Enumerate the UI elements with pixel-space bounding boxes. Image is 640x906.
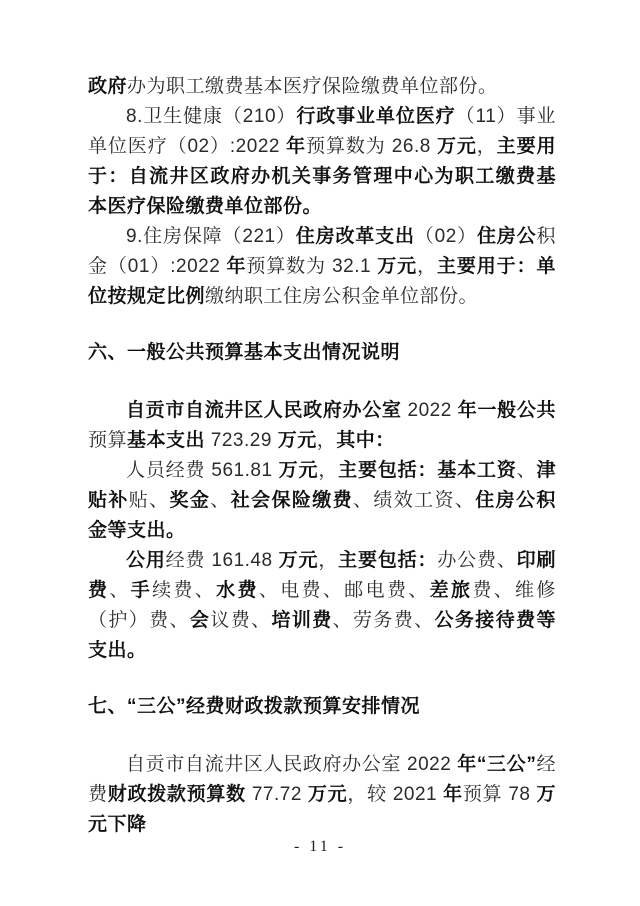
text-run: 自贡市自流井区人民政府办公室 2022 bbox=[126, 754, 457, 775]
text-run: 自流井区政府办机关事务管理中心为职工缴费基本医疗保险缴费单位部份。 bbox=[88, 166, 556, 217]
text-run: 预算数为 32.1 bbox=[246, 256, 377, 277]
text-run: 、绩效工资、 bbox=[353, 490, 475, 511]
text-run: 预算数为 26.8 bbox=[306, 136, 437, 157]
text-run: 续费、 bbox=[152, 580, 216, 601]
section-heading: 六、一般公共预算基本支出情况说明 bbox=[88, 338, 556, 368]
text-run: 办公费、 bbox=[437, 550, 516, 571]
text-run: 六、一般公共预算基本支出情况说明 bbox=[88, 342, 400, 363]
text-run: 9.住房保障（221） bbox=[126, 226, 296, 247]
text-run: 8.卫生健康（210） bbox=[126, 106, 296, 127]
text-run: 2022 bbox=[408, 400, 458, 421]
text-run: 主要包括： bbox=[338, 550, 437, 571]
paragraph: 人员经费 561.81 万元，主要包括：基本工资、津贴补贴、奖金、社会保险缴费、… bbox=[88, 456, 556, 546]
text-run: ，较 2021 bbox=[347, 784, 443, 805]
text-run: 预算 78 bbox=[463, 784, 537, 805]
text-run: 、电费、邮电费、 bbox=[259, 580, 430, 601]
text-run: 财政拨款预算数 bbox=[108, 784, 252, 805]
text-run: 培训费 bbox=[271, 610, 332, 631]
document-body: 政府办为职工缴费基本医疗保险缴费单位部份。8.卫生健康（210）行政事业单位医疗… bbox=[88, 72, 556, 840]
text-run: 、劳务费、 bbox=[333, 610, 435, 631]
text-run: 贴、 bbox=[129, 490, 170, 511]
text-run: ， bbox=[318, 460, 338, 481]
text-run: 年 bbox=[443, 784, 463, 805]
text-run: 社会保险缴费 bbox=[231, 490, 353, 511]
text-run: 主要包括： bbox=[338, 460, 437, 481]
text-run: 年 bbox=[286, 136, 306, 157]
text-run: 、 bbox=[517, 460, 537, 481]
text-run: 议费、 bbox=[210, 610, 271, 631]
text-run: 、 bbox=[109, 580, 130, 601]
text-run: 万元 bbox=[437, 136, 477, 157]
paragraph: 8.卫生健康（210）行政事业单位医疗（11）事业单位医疗（02）:2022 年… bbox=[88, 102, 556, 222]
text-run: 万元 bbox=[279, 550, 319, 571]
text-run: 奖金 bbox=[170, 490, 211, 511]
text-run: ， bbox=[417, 256, 437, 277]
section-heading: 七、“三公”经费财政拨款预算安排情况 bbox=[88, 692, 556, 722]
text-run: 基本工资 bbox=[437, 460, 516, 481]
text-run: 万元 bbox=[308, 784, 347, 805]
text-run: 、 bbox=[210, 490, 230, 511]
text-run: ， bbox=[317, 430, 337, 451]
text-run: 万元 bbox=[278, 430, 317, 451]
text-run: 基本支出 bbox=[127, 430, 211, 451]
text-run: 年一般公共 bbox=[458, 400, 556, 421]
text-run: 住房公 bbox=[477, 226, 537, 247]
paragraph: 9.住房保障（221）住房改革支出（02）住房公积金（01）:2022 年预算数… bbox=[88, 222, 556, 312]
text-run: 77.72 bbox=[252, 784, 308, 805]
text-run: ， bbox=[318, 550, 338, 571]
text-run: 公用 bbox=[126, 550, 166, 571]
text-run: 住房改革支出 bbox=[296, 226, 415, 247]
text-run: 行政事业单位医疗 bbox=[296, 106, 455, 127]
text-run: 水费 bbox=[216, 580, 259, 601]
text-run: 人员经费 561.81 bbox=[126, 460, 279, 481]
paragraph: 自贡市自流井区人民政府办公室 2022 年“三公”经费财政拨款预算数 77.72… bbox=[88, 750, 556, 840]
text-run: 万元 bbox=[377, 256, 417, 277]
paragraph: 公用经费 161.48 万元，主要包括：办公费、印刷费、手续费、水费、电费、邮电… bbox=[88, 546, 556, 666]
text-run: 自贡市自流井区人民政府办公室 bbox=[126, 400, 408, 421]
text-run: 七、“三公”经费财政拨款预算安排情况 bbox=[88, 696, 420, 717]
text-run: 会 bbox=[190, 610, 210, 631]
text-run: 万元 bbox=[279, 460, 319, 481]
text-run: 预算 bbox=[88, 430, 127, 451]
text-run: 经费 161.48 bbox=[166, 550, 279, 571]
text-run: 政府 bbox=[88, 76, 127, 97]
paragraph: 政府办为职工缴费基本医疗保险缴费单位部份。 bbox=[88, 72, 556, 102]
text-run: 手 bbox=[131, 580, 152, 601]
text-run: （02） bbox=[415, 226, 477, 247]
text-run: 办为职工缴费基本医疗保险缴费单位部份。 bbox=[127, 76, 498, 97]
text-run: 年“三公” bbox=[457, 754, 536, 775]
text-run: 年 bbox=[226, 256, 246, 277]
paragraph: 自贡市自流井区人民政府办公室 2022 年一般公共预算基本支出 723.29 万… bbox=[88, 396, 556, 456]
text-run: 723.29 bbox=[211, 430, 278, 451]
text-run: 缴纳职工住房公积金单位部份。 bbox=[205, 286, 478, 307]
text-run: 差旅 bbox=[430, 580, 473, 601]
page-number: - 11 - bbox=[0, 838, 640, 856]
text-run: ， bbox=[477, 136, 497, 157]
text-run: 其中： bbox=[336, 430, 395, 451]
